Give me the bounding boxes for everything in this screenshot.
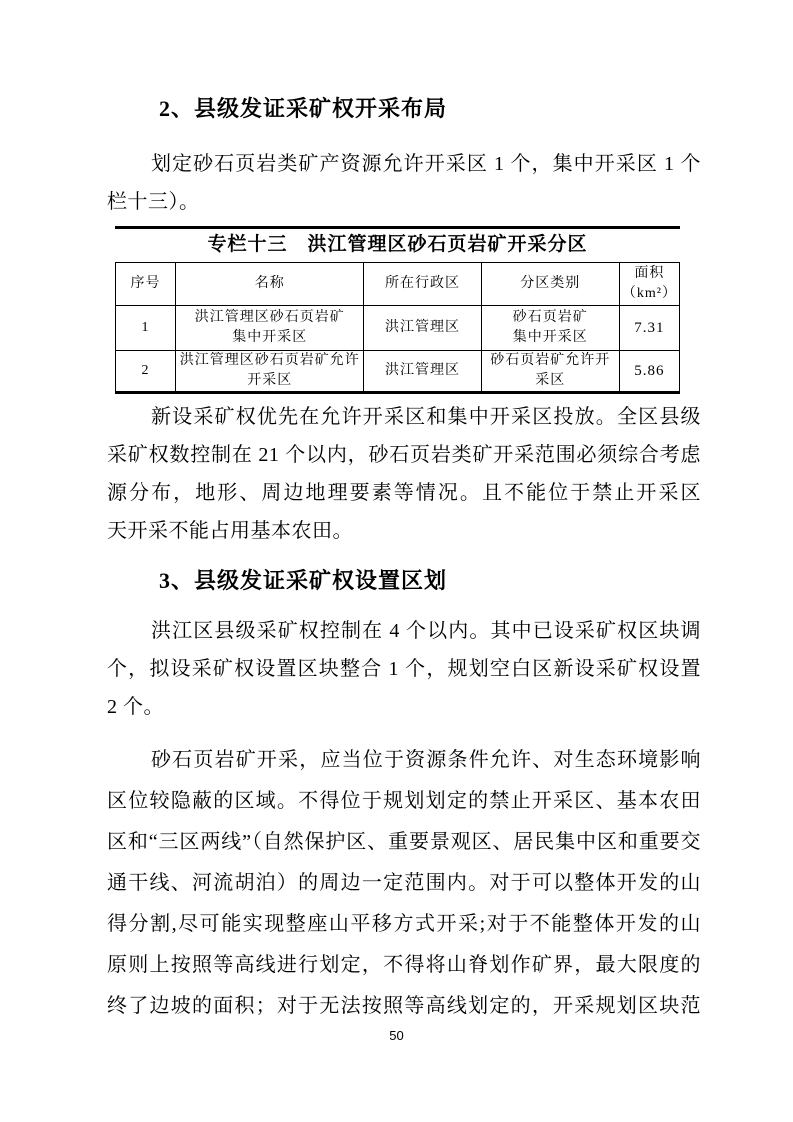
text-line: 砂石页岩矿开采，应当位于资源条件允许、对生态环境影响小、 [107, 740, 701, 781]
table-row: 2 洪江管理区砂石页岩矿允许 开采区 洪江管理区 砂石页岩矿允许开 采区 5.8… [116, 351, 680, 393]
text-line: 原则上按照等高线进行划定，不得将山脊划作矿界，最大限度的减少 [107, 945, 701, 986]
text-line: 划定砂石页岩类矿产资源允许开采区 1 个，集中开采区 1 个（专 [107, 145, 701, 183]
cell-name-line1: 洪江管理区砂石页岩矿允许 [178, 351, 361, 371]
text-line: 2 个。 [107, 688, 701, 726]
cell-name-line2: 开采区 [178, 371, 361, 391]
section-heading-3: 3、县级发证采矿权设置区划 [107, 566, 701, 596]
text-line: 洪江区县级采矿权控制在 4 个以内。其中已设采矿权区块调整 3 [107, 612, 701, 650]
page-number: 50 [0, 1028, 793, 1043]
text-line: 通干线、河流胡泊）的周边一定范围内。对于可以整体开发的山体不 [107, 863, 701, 904]
section-heading-2: 2、县级发证采矿权开采布局 [107, 94, 701, 124]
col-header-name: 名称 [176, 263, 364, 306]
text-line: 区位较隐蔽的区域。不得位于规划划定的禁止开采区、基本农田保护 [107, 781, 701, 822]
col-header-area: 面积 （km²） [619, 263, 679, 306]
cell-name-line2: 集中开采区 [178, 328, 361, 348]
paragraph-1: 划定砂石页岩类矿产资源允许开采区 1 个，集中开采区 1 个（专 栏十三）。 [107, 145, 701, 221]
cell-index: 2 [116, 351, 176, 393]
table-header-row: 序号 名称 所在行政区 分区类别 面积 （km²） [116, 263, 680, 306]
cell-area: 7.31 [619, 306, 679, 351]
cell-district: 洪江管理区 [364, 351, 481, 393]
col-header-area-line1: 面积 [622, 264, 677, 284]
cell-category: 砂石页岩矿允许开 采区 [481, 351, 619, 393]
col-header-district: 所在行政区 [364, 263, 481, 306]
text-line: 个，拟设采矿权设置区块整合 1 个，规划空白区新设采矿权设置区块 [107, 650, 701, 688]
col-header-category: 分区类别 [481, 263, 619, 306]
col-header-area-line2: （km²） [622, 284, 677, 304]
paragraph-4: 砂石页岩矿开采，应当位于资源条件允许、对生态环境影响小、 区位较隐蔽的区域。不得… [107, 740, 701, 1027]
cell-category: 砂石页岩矿 集中开采区 [481, 306, 619, 351]
col-header-index: 序号 [116, 263, 176, 306]
cell-area: 5.86 [619, 351, 679, 393]
table-top-rule [115, 226, 680, 229]
cell-category-line2: 集中开采区 [484, 328, 617, 348]
cell-index: 1 [116, 306, 176, 351]
cell-district: 洪江管理区 [364, 306, 481, 351]
cell-category-line2: 采区 [484, 371, 617, 391]
table-title: 专栏十三 洪江管理区砂石页岩矿开采分区 [115, 230, 680, 260]
document-page: 2、县级发证采矿权开采布局 划定砂石页岩类矿产资源允许开采区 1 个，集中开采区… [0, 0, 793, 1122]
zone-table: 序号 名称 所在行政区 分区类别 面积 （km²） 1 洪江管理区砂石页岩矿 集… [115, 262, 680, 394]
text-line: 栏十三）。 [107, 183, 701, 221]
table-row: 1 洪江管理区砂石页岩矿 集中开采区 洪江管理区 砂石页岩矿 集中开采区 7.3… [116, 306, 680, 351]
paragraph-3: 洪江区县级采矿权控制在 4 个以内。其中已设采矿权区块调整 3 个，拟设采矿权设… [107, 612, 701, 726]
text-line: 得分割,尽可能实现整座山平移方式开采;对于不能整体开发的山体， [107, 904, 701, 945]
text-line: 采矿权数控制在 21 个以内，砂石页岩类矿开采范围必须综合考虑资 [107, 436, 701, 474]
cell-name: 洪江管理区砂石页岩矿允许 开采区 [176, 351, 364, 393]
cell-category-line1: 砂石页岩矿允许开 [484, 351, 617, 371]
cell-name-line1: 洪江管理区砂石页岩矿 [178, 308, 361, 328]
text-line: 新设采矿权优先在允许开采区和集中开采区投放。全区县级发证 [107, 398, 701, 436]
paragraph-2: 新设采矿权优先在允许开采区和集中开采区投放。全区县级发证 采矿权数控制在 21 … [107, 398, 701, 550]
text-line: 终了边坡的面积；对于无法按照等高线划定的，开采规划区块范围拐 [107, 986, 701, 1027]
text-line: 天开采不能占用基本农田。 [107, 512, 701, 550]
text-line: 区和“三区两线”（自然保护区、重要景观区、居民集中区和重要交 [107, 822, 701, 863]
cell-category-line1: 砂石页岩矿 [484, 308, 617, 328]
text-line: 源分布，地形、周边地理要素等情况。且不能位于禁止开采区内，露 [107, 474, 701, 512]
cell-name: 洪江管理区砂石页岩矿 集中开采区 [176, 306, 364, 351]
